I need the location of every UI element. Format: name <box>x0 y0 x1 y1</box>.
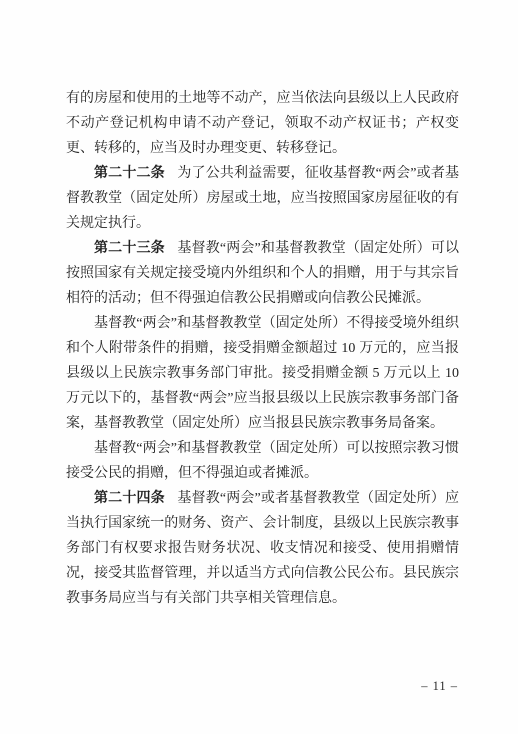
paragraph-donation-limits: 基督教“两会”和基督教教堂（固定处所）不得接受境外组织和个人附带条件的捐赠，接受… <box>66 311 459 436</box>
paragraph-continuation: 有的房屋和使用的土地等不动产，应当依法向县级以上人民政府不动产登记机构申请不动产… <box>66 86 459 161</box>
paragraph-text: 基督教“两会”和基督教教堂（固定处所）可以按照宗教习惯接受公民的捐赠，但不得强迫… <box>66 441 459 481</box>
paragraph-text: 基督教“两会”和基督教教堂（固定处所）不得接受境外组织和个人附带条件的捐赠，接受… <box>66 316 459 431</box>
page-number: – 11 – <box>421 679 458 693</box>
paragraph-text: 基督教“两会”或者基督教教堂（固定处所）应当执行国家统一的财务、资产、会计制度，… <box>66 491 459 606</box>
paragraph-article-23: 第二十三条基督教“两会”和基督教教堂（固定处所）可以按照国家有关规定接受境内外组… <box>66 236 459 311</box>
article-number-22: 第二十二条 <box>94 166 165 181</box>
paragraph-article-22: 第二十二条为了公共利益需要，征收基督教“两会”或者基督教教堂（固定处所）房屋或土… <box>66 161 459 236</box>
article-number-24: 第二十四条 <box>94 491 165 506</box>
article-number-23: 第二十三条 <box>94 241 165 256</box>
document-body: 有的房屋和使用的土地等不动产，应当依法向县级以上人民政府不动产登记机构申请不动产… <box>66 86 459 611</box>
paragraph-text: 有的房屋和使用的土地等不动产，应当依法向县级以上人民政府不动产登记机构申请不动产… <box>66 91 459 156</box>
paragraph-article-24: 第二十四条基督教“两会”或者基督教教堂（固定处所）应当执行国家统一的财务、资产、… <box>66 486 459 611</box>
document-page: 有的房屋和使用的土地等不动产，应当依法向县级以上人民政府不动产登记机构申请不动产… <box>0 0 518 734</box>
paragraph-citizen-donations: 基督教“两会”和基督教教堂（固定处所）可以按照宗教习惯接受公民的捐赠，但不得强迫… <box>66 436 459 486</box>
